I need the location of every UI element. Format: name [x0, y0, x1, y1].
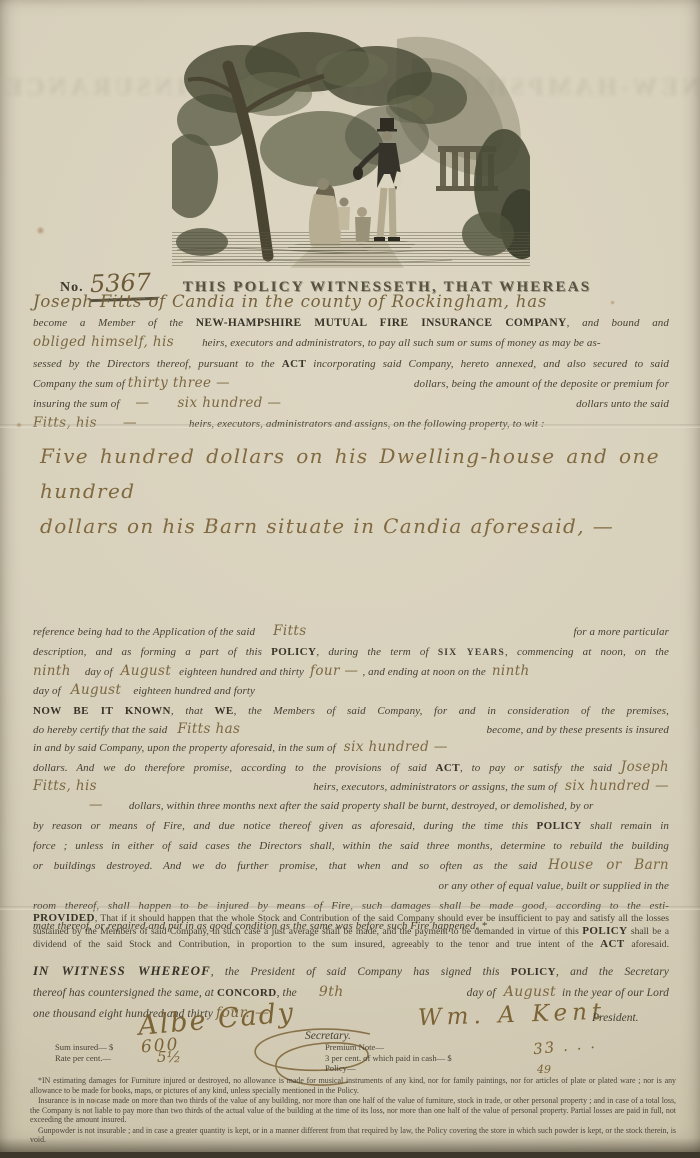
printed-text: WE [214, 705, 233, 717]
printed-text: force ; unless in either of said cases t… [33, 840, 669, 852]
printed-text: for a more particular [574, 624, 670, 642]
text-line: do hereby certify that the saidFitts has… [33, 721, 669, 740]
printed-text: , that [171, 705, 215, 717]
printed-text: day of [467, 983, 496, 1003]
printed-text: do hereby certify that the said [33, 722, 167, 740]
handwritten-text: six hundred — [565, 778, 669, 796]
printed-text: , and ending at noon on the [362, 664, 485, 682]
printed-text: , and bound and [567, 317, 669, 329]
insured-property-description: Five hundred dollars on his Dwelling-hou… [40, 440, 660, 545]
policy-fee-value: 49 [537, 1063, 551, 1076]
handwritten-text: August [121, 663, 172, 681]
printed-text: or any other of equal value, built or su… [439, 880, 669, 892]
handwritten-text: Five hundred dollars on his Dwelling-hou… [40, 444, 660, 503]
policy-fee-label: Policy— [325, 1063, 665, 1074]
footnote-furniture: *IN estimating damages for Furniture inj… [30, 1076, 676, 1095]
foxing-spot [36, 226, 45, 235]
printed-text: , That if it should happen that the whol… [33, 913, 669, 937]
handwritten-text: ninth [492, 663, 530, 681]
printed-text: Company the sum of [33, 375, 128, 394]
text-line: or buildings destroyed. And we do furthe… [33, 856, 669, 876]
printed-text: , the President of said Company has sign… [211, 966, 511, 978]
printed-text: reference being had to the Application o… [33, 624, 255, 642]
rate-label: Rate per cent.— [55, 1053, 325, 1064]
foxing-spot [16, 422, 22, 428]
text-line: —dollars, within three months next after… [33, 797, 669, 816]
handwritten-text: six hundred — [344, 739, 448, 757]
printed-text: NEW-HAMPSHIRE MUTUAL FIRE INSURANCE COMP… [196, 317, 567, 329]
text-line: IN WITNESS WHEREOF, the President of sai… [33, 961, 669, 982]
policy-document: NEW-HAMPSHIRE MUTUAL FIRE INSURANCE COMP… [0, 0, 700, 1158]
handwritten-text: Fitts [273, 623, 306, 641]
printed-text: thereof has countersigned the same, at [33, 983, 217, 1003]
handwritten-text: Joseph Fitts of Candia in the county of … [33, 292, 547, 311]
printed-text: by reason or means of Fire, and due noti… [33, 820, 537, 832]
printed-text: , commencing at noon, on the [505, 646, 669, 658]
opening-clause: Joseph Fitts of Candia in the county of … [33, 292, 669, 434]
summary-right-column: Premium Note— 3 per cent. of which paid … [325, 1042, 665, 1074]
printed-text: ACT [436, 762, 460, 774]
printed-text: day of [33, 683, 61, 701]
text-line: Joseph Fitts of Candia in the county of … [33, 292, 669, 312]
president-label: President. [592, 1012, 639, 1024]
premium-cash-label: 3 per cent. of which paid in cash— $ [325, 1053, 665, 1064]
printed-text: POLICY [537, 820, 582, 832]
printed-text: NOW BE IT KNOWN [33, 705, 171, 717]
printed-text: dollars, within three months next after … [129, 798, 594, 816]
handwritten-text: obliged himself, his [33, 333, 174, 352]
printed-text: dollars unto the said [576, 395, 669, 414]
printed-text: aforesaid. [625, 939, 669, 950]
foxing-spot [610, 300, 615, 305]
printed-text: dollars. And we do therefore promise, ac… [33, 762, 436, 774]
printed-text: heirs, executors, administrators and ass… [189, 415, 545, 434]
footnote-insurance-limits: Insurance is in no case made on more tha… [30, 1096, 676, 1125]
printed-text: room thereof, shall happen to be injured… [33, 900, 669, 912]
printed-text: , during the term of [316, 646, 437, 658]
printed-text: description, and as forming a part of th… [33, 646, 271, 658]
printed-text: ACT [282, 358, 306, 370]
text-line: ninthday ofAugusteighteen hundred and th… [33, 663, 669, 682]
text-line: dollars. And we do therefore promise, ac… [33, 758, 669, 778]
printed-text: eighteen hundred and forty [133, 683, 255, 701]
handwritten-text: Fitts has [177, 721, 240, 739]
handwritten-text: Joseph [621, 759, 669, 775]
handwritten-text: August [71, 682, 122, 700]
printed-text: , the Members of said Company, for and i… [234, 705, 669, 717]
text-line: Fitts, hisheirs, executors, administrato… [33, 778, 669, 797]
handwritten-text: thirty three — [128, 374, 230, 393]
printed-text: eighteen hundred and thirty [179, 664, 304, 682]
handwritten-text: August [504, 982, 556, 1002]
text-line: description, and as forming a part of th… [33, 642, 669, 663]
summary-left-column: Sum insured— $ Rate per cent.— 600 5½ [55, 1042, 325, 1074]
handwritten-text: — [123, 414, 137, 433]
printed-text: , to pay or satisfy the said [460, 762, 621, 774]
handwritten-text: Fitts, his [33, 778, 97, 796]
text-line: or any other of equal value, built or su… [33, 876, 669, 896]
text-line: obliged himself, hisheirs, executors and… [33, 333, 669, 353]
handwritten-text: Fitts, his [33, 414, 97, 433]
policy-vignette [172, 24, 530, 268]
text-line: become a Member of the NEW-HAMPSHIRE MUT… [33, 312, 669, 333]
text-line: in and by said Company, upon the propert… [33, 739, 669, 758]
printed-text: SIX YEARS [438, 648, 505, 658]
printed-text: POLICY [582, 925, 627, 937]
handwritten-text: dollars on his Barn situate in Candia af… [40, 514, 614, 538]
printed-text: or buildings destroyed. And we do furthe… [33, 860, 548, 872]
rate-value: 5½ [157, 1048, 181, 1066]
handwritten-text: — [89, 797, 103, 815]
text-line: NOW BE IT KNOWN, that WE, the Members of… [33, 701, 669, 721]
printed-text: POLICY [271, 646, 316, 658]
printed-text: shall remain in [582, 820, 669, 832]
handwritten-text: — [136, 394, 150, 413]
president-signature: Wm. A Kent [418, 999, 607, 1032]
text-line: reference being had to the Application o… [33, 623, 669, 642]
text-line: sessed by the Directors thereof, pursuan… [33, 353, 669, 374]
paper-bottom-edge [0, 1152, 700, 1158]
printed-text: IN WITNESS WHEREOF [33, 963, 211, 978]
text-line: by reason or means of Fire, and due noti… [33, 816, 669, 836]
policy-footnotes: *IN estimating damages for Furniture inj… [30, 1076, 676, 1146]
printed-text: , and the Secretary [556, 966, 669, 978]
text-line: Five hundred dollars on his Dwelling-hou… [40, 440, 660, 510]
text-line: dollars on his Barn situate in Candia af… [40, 510, 660, 545]
printed-text: heirs, executors and administrators, to … [202, 334, 601, 353]
text-line: Fitts, his—heirs, executors, administrat… [33, 414, 669, 434]
printed-text: incorporating said Company, hereto annex… [306, 358, 669, 370]
sum-insured-label: Sum insured— $ [55, 1042, 325, 1053]
printed-text: become a Member of the [33, 317, 196, 329]
printed-text: heirs, executors, administrators or assi… [313, 779, 557, 797]
text-line: Company the sum of thirty three —dollars… [33, 374, 669, 394]
premium-note-label: Premium Note— [325, 1042, 665, 1053]
printed-text: insuring the sum of [33, 395, 120, 414]
handwritten-text: four — [310, 663, 358, 681]
handwritten-text: ninth [33, 663, 71, 681]
foxing-spot [92, 1098, 98, 1104]
printed-text: ACT [600, 938, 624, 950]
printed-text: dollars, being the amount of the deposit… [414, 375, 669, 394]
printed-text: become, and by these presents is insured [486, 722, 669, 740]
text-line: day ofAugusteighteen hundred and forty [33, 682, 669, 701]
handwritten-text: 9th [319, 982, 344, 1002]
provided-clause: PROVIDED, That if it should happen that … [33, 911, 669, 950]
printed-text: day of [85, 664, 113, 682]
text-line: PROVIDED, That if it should happen that … [33, 911, 669, 950]
handwritten-text: House or Barn [548, 857, 669, 873]
printed-text: in and by said Company, upon the propert… [33, 740, 336, 758]
policy-summary: Sum insured— $ Rate per cent.— 600 5½ Pr… [55, 1042, 665, 1074]
printed-text: POLICY [511, 966, 556, 978]
printed-text: sessed by the Directors thereof, pursuan… [33, 358, 282, 370]
text-line: insuring the sum of—six hundred —dollars… [33, 394, 669, 414]
handwritten-text: six hundred — [177, 394, 281, 413]
policy-terms: reference being had to the Application o… [33, 623, 669, 936]
text-line: force ; unless in either of said cases t… [33, 836, 669, 856]
printed-text: PROVIDED [33, 912, 95, 924]
